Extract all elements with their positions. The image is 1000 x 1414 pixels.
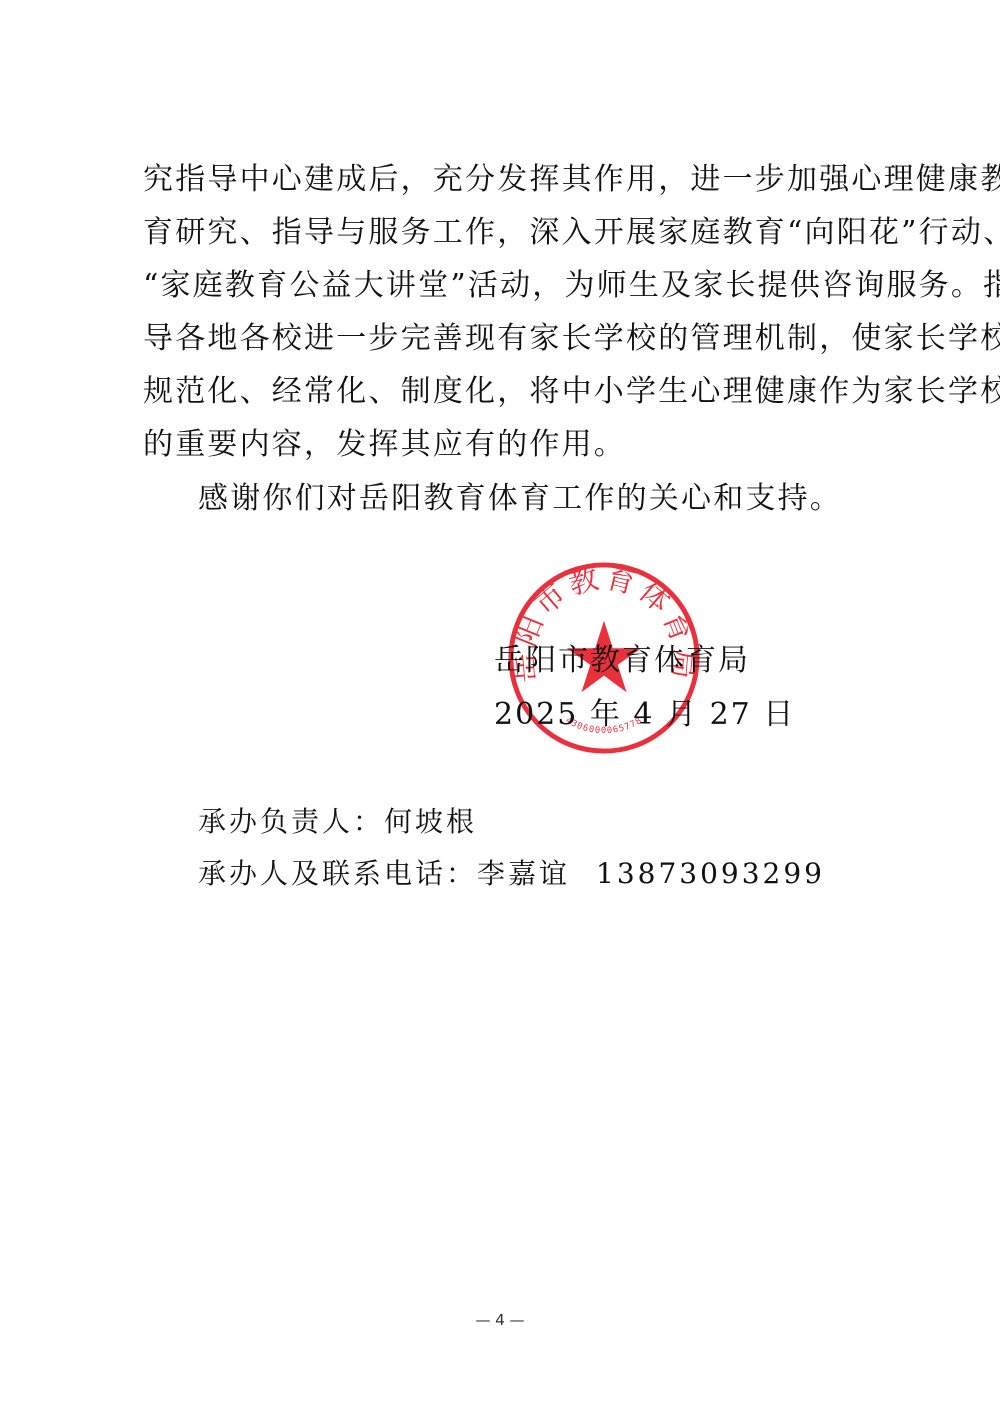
body-line-4: 导各地各校进一步完善现有家长学校的管理机制，使家长学校 bbox=[143, 321, 863, 357]
handler-phone: 13873093299 bbox=[596, 857, 825, 890]
responsible-name: 何坡根 bbox=[384, 805, 477, 838]
closing-remark: 感谢你们对岳阳教育体育工作的关心和支持。 bbox=[198, 481, 918, 517]
handler-label: 承办人及联系电话： bbox=[198, 857, 477, 890]
body-line-5: 规范化、经常化、制度化，将中小学生心理健康作为家长学校 bbox=[143, 374, 863, 410]
document-page: 究指导中心建成后，充分发挥其作用，进一步加强心理健康教 育研究、指导与服务工作，… bbox=[0, 0, 1000, 1414]
body-line-3: “家庭教育公益大讲堂”活动，为师生及家长提供咨询服务。指 bbox=[143, 268, 863, 304]
body-line-1: 究指导中心建成后，充分发挥其作用，进一步加强心理健康教 bbox=[143, 162, 863, 198]
signature-organization: 岳阳市教育体育局 bbox=[494, 643, 750, 679]
handler-contact-row: 承办人及联系电话：李嘉谊13873093299 bbox=[198, 857, 825, 891]
responsible-label: 承办负责人： bbox=[198, 805, 384, 838]
handler-name: 李嘉谊 bbox=[477, 857, 570, 890]
body-line-6: 的重要内容，发挥其应有的作用。 bbox=[143, 427, 863, 463]
responsible-person-row: 承办负责人：何坡根 bbox=[198, 805, 477, 839]
body-line-2: 育研究、指导与服务工作，深入开展家庭教育“向阳花”行动、 bbox=[143, 215, 863, 251]
signature-date: 2025 年 4 月 27 日 bbox=[494, 697, 795, 733]
page-number: — 4 — bbox=[0, 1311, 1000, 1329]
